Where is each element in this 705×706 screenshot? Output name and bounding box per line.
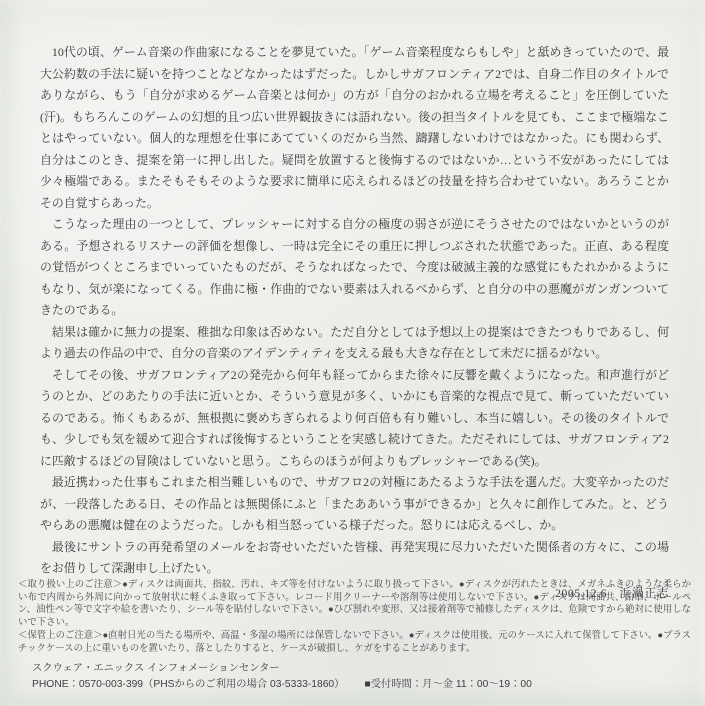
company-name: スクウェア・エニックス インフォメーションセンター — [32, 661, 692, 677]
essay-paragraph: 結果は確かに無力の提案、稚拙な印象は否めない。ただ自分としては予想以上の提案はで… — [40, 322, 669, 365]
essay-paragraph: 最近携わった仕事もこれまた相当難しいもので、サガフロ2の対極にあたるような手法を… — [40, 472, 669, 537]
essay-paragraph: こうなった理由の一つとして、プレッシャーに対する自分の極度の弱さが逆にそうさせた… — [40, 214, 669, 322]
disc-care-notices: ＜取り扱い上のご注意＞●ディスクは両面共、指紋、汚れ、キズ等を付けないように取り… — [18, 578, 691, 654]
essay-paragraph: そしてその後、サガフロンティア2の発売から何年も経ってからまた徐々に反響を戴くよ… — [40, 365, 669, 473]
liner-notes-essay: 10代の頃、ゲーム音楽の作曲家になることを夢見ていた。「ゲーム音楽程度ならもしや… — [40, 42, 669, 604]
storage-notice: ＜保管上のご注意＞●直射日光の当たる場所や、高温・多湿の場所には保管しないで下さ… — [18, 629, 691, 654]
phone-line: PHONE：0570-003-399（PHSからのご利用の場合 03-5333-… — [32, 677, 692, 693]
phone-number: PHONE：0570-003-399（PHSからのご利用の場合 03-5333-… — [32, 679, 344, 690]
essay-paragraph: 最後にサントラの再発希望のメールをお寄せいただいた皆様、再発実現に尽力いただいた… — [40, 537, 669, 580]
contact-info: スクウェア・エニックス インフォメーションセンター PHONE：0570-003… — [32, 661, 692, 692]
essay-paragraph: 10代の頃、ゲーム音楽の作曲家になることを夢見ていた。「ゲーム音楽程度ならもしや… — [40, 42, 669, 214]
handling-notice: ＜取り扱い上のご注意＞●ディスクは両面共、指紋、汚れ、キズ等を付けないように取り… — [18, 578, 691, 629]
booklet-page: 10代の頃、ゲーム音楽の作曲家になることを夢見ていた。「ゲーム音楽程度ならもしや… — [0, 0, 705, 706]
reception-hours: ■受付時間：月～金 11：00～19：00 — [364, 679, 531, 690]
